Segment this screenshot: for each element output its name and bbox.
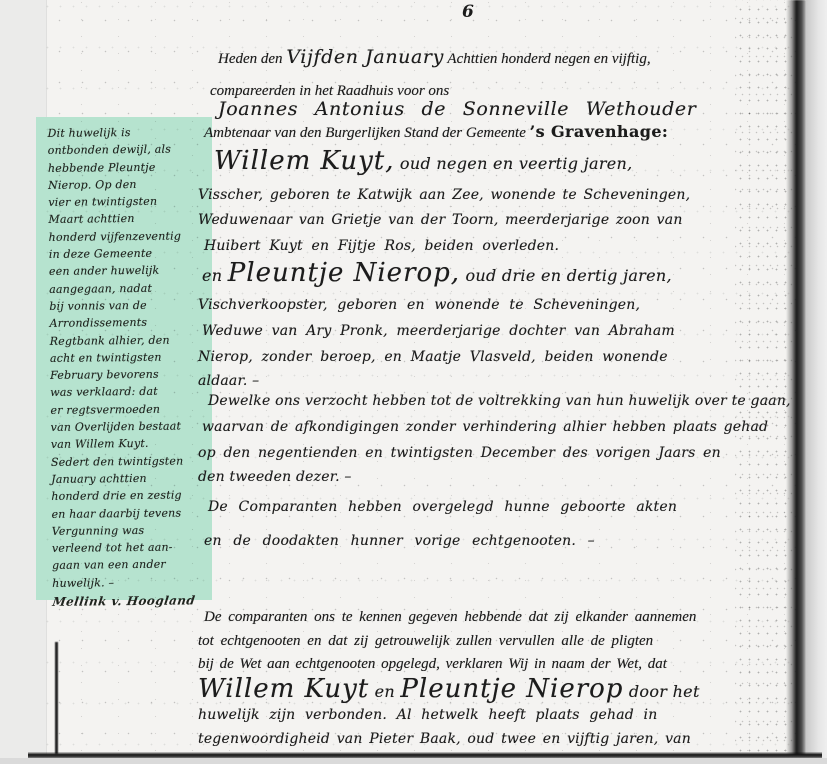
margin-note-line: Dit huwelijk is xyxy=(47,123,215,142)
text-line: en Pleuntje Nierop, oud drie en dertig j… xyxy=(202,258,672,288)
scanner-margin-right xyxy=(806,0,827,764)
text-line: en de doodakten hunner vorige echtgenoot… xyxy=(204,530,595,549)
margin-note-line: een ander huwelijk xyxy=(49,262,217,281)
text-segment: Weduwe van Ary Pronk, meerderjarige doch… xyxy=(202,323,675,339)
margin-note-line: Vergunning was xyxy=(52,521,220,540)
margin-note-line: verleend tot het aan- xyxy=(52,538,220,557)
text-line: Ambtenaar van den Burgerlijken Stand der… xyxy=(204,122,668,142)
text-segment: en de doodakten hunner vorige echtgenoot… xyxy=(204,533,595,549)
margin-note-line: February bevorens xyxy=(50,365,218,384)
text-segment: Vijfden January xyxy=(286,46,444,68)
text-line: Nierop, zonder beroep, en Maatje Vlasvel… xyxy=(198,346,668,365)
text-segment: Willem Kuyt xyxy=(198,674,369,704)
text-segment: waarvan de afkondigingen zonder verhinde… xyxy=(202,419,768,435)
text-segment: Ambtenaar van den Burgerlijken Stand der… xyxy=(204,125,530,141)
text-line: op den negentienden en twintigsten Decem… xyxy=(198,442,721,461)
text-line: Weduwenaar van Grietje van der Toorn, me… xyxy=(198,209,683,228)
text-segment: tegenwoordigheid van Pieter Baak, oud tw… xyxy=(198,731,691,747)
text-segment: en xyxy=(369,682,400,701)
margin-note-line: January achttien xyxy=(51,469,219,488)
text-segment: Pleuntje Nierop, xyxy=(228,258,460,288)
margin-note-line: ontbonden dewijl, als xyxy=(48,140,216,159)
text-line: Weduwe van Ary Pronk, meerderjarige doch… xyxy=(202,320,675,339)
text-line: De Comparanten hebben overgelegd hunne g… xyxy=(208,496,677,515)
text-segment: Heden den xyxy=(218,51,286,67)
text-line: Heden den Vijfden January Achttien honde… xyxy=(218,46,651,68)
margin-note-line: honderd vijfenzeventig xyxy=(49,227,217,246)
margin-note-line: Sedert den twintigsten xyxy=(51,452,219,471)
margin-note-signature: Mellink v. Hoogland xyxy=(52,593,222,609)
margin-note-line: Arrondissements xyxy=(49,313,217,332)
text-line: waarvan de afkondigingen zonder verhinde… xyxy=(202,416,768,435)
margin-note-line: aangegaan, nadat xyxy=(49,279,217,298)
text-line: den tweeden dezer. – xyxy=(198,466,352,485)
text-segment: huwelijk zijn verbonden. Al hetwelk heef… xyxy=(198,707,657,723)
text-segment: op den negentienden en twintigsten Decem… xyxy=(198,445,721,461)
margin-note-line: bij vonnis van de xyxy=(49,296,217,315)
text-segment: Achttien honderd negen en vijftig, xyxy=(444,51,651,67)
text-line: huwelijk zijn verbonden. Al hetwelk heef… xyxy=(198,704,657,723)
text-line: Willem Kuyt, oud negen en veertig jaren, xyxy=(214,146,633,176)
margin-note-line: er regtsvermoeden xyxy=(50,400,218,419)
book-spine-edge xyxy=(786,0,806,764)
text-segment: tot echtgenooten en dat zij getrouwelijk… xyxy=(198,633,653,649)
margin-note-line: huwelijk. – xyxy=(52,573,220,592)
text-segment: De Comparanten hebben overgelegd hunne g… xyxy=(208,499,677,515)
page-number: 6 xyxy=(462,2,474,22)
text-segment: Dewelke ons verzocht hebben tot de voltr… xyxy=(208,393,791,409)
text-segment: oud negen en veertig jaren, xyxy=(395,154,633,173)
margin-note-line: van Willem Kuyt. xyxy=(51,434,219,453)
text-segment: Weduwenaar van Grietje van der Toorn, me… xyxy=(198,212,683,228)
text-line: tegenwoordigheid van Pieter Baak, oud tw… xyxy=(198,728,691,747)
text-line: De comparanten ons te kennen gegeven heb… xyxy=(204,606,696,626)
margin-note-line: Regtbank alhier, den xyxy=(50,331,218,350)
margin-note-line: acht en twintigsten xyxy=(50,348,218,367)
text-line: tot echtgenooten en dat zij getrouwelijk… xyxy=(198,630,653,650)
margin-note-line: Nierop. Op den xyxy=(48,175,216,194)
text-line: Joannes Antonius de Sonneville Wethouder xyxy=(218,98,696,120)
text-segment: De comparanten ons te kennen gegeven heb… xyxy=(204,609,696,625)
text-line: Dewelke ons verzocht hebben tot de voltr… xyxy=(208,390,791,409)
margin-note-line: van Overlijden bestaat xyxy=(51,417,219,436)
text-segment: Huibert Kuyt en Fijtje Ros, beiden overl… xyxy=(204,238,559,254)
text-segment: Vischverkoopster, geboren en wonende te … xyxy=(198,297,640,313)
scanned-document-page: 6 Heden den Vijfden January Achttien hon… xyxy=(0,0,827,764)
text-segment: compareerden in het Raadhuis voor ons xyxy=(210,83,449,99)
margin-note-line: in deze Gemeente xyxy=(49,244,217,263)
text-segment: Nierop, zonder beroep, en Maatje Vlasvel… xyxy=(198,349,668,365)
text-segment: Visscher, geboren te Katwijk aan Zee, wo… xyxy=(198,187,690,203)
page-fold-edge xyxy=(55,642,58,754)
margin-note-line: honderd drie en zestig xyxy=(51,486,219,505)
margin-note-line: Maart achttien xyxy=(48,210,216,229)
text-segment: ’s Gravenhage: xyxy=(530,122,669,141)
text-segment: oud drie en dertig jaren, xyxy=(460,266,672,285)
text-segment: Pleuntje Nierop xyxy=(400,674,623,704)
text-line: Visscher, geboren te Katwijk aan Zee, wo… xyxy=(198,184,690,203)
margin-note: Dit huwelijk isontbonden dewijl, alshebb… xyxy=(47,123,220,609)
margin-note-text: Dit huwelijk isontbonden dewijl, alshebb… xyxy=(47,123,220,592)
scan-noise-right-band xyxy=(735,0,793,764)
scanner-margin-bottom xyxy=(0,758,827,764)
text-line: Vischverkoopster, geboren en wonende te … xyxy=(198,294,640,313)
text-line: Huibert Kuyt en Fijtje Ros, beiden overl… xyxy=(204,235,559,254)
text-line: bij de Wet aan echtgenooten opgelegd, ve… xyxy=(198,653,667,673)
margin-note-line: gaan van een ander xyxy=(52,556,220,575)
text-segment: Willem Kuyt, xyxy=(214,146,395,176)
margin-note-line: hebbende Pleuntje xyxy=(48,158,216,177)
text-segment: den tweeden dezer. – xyxy=(198,469,352,485)
text-line: Willem Kuyt en Pleuntje Nierop door het xyxy=(198,674,700,704)
text-line: compareerden in het Raadhuis voor ons xyxy=(210,80,449,100)
margin-note-line: was verklaard: dat xyxy=(50,383,218,402)
margin-note-line: en haar daarbij tevens xyxy=(51,504,219,523)
text-segment: door het xyxy=(623,682,699,701)
margin-note-line: vier en twintigsten xyxy=(48,192,216,211)
text-segment: Joannes Antonius de Sonneville Wethouder xyxy=(218,98,696,120)
text-segment: bij de Wet aan echtgenooten opgelegd, ve… xyxy=(198,656,667,672)
